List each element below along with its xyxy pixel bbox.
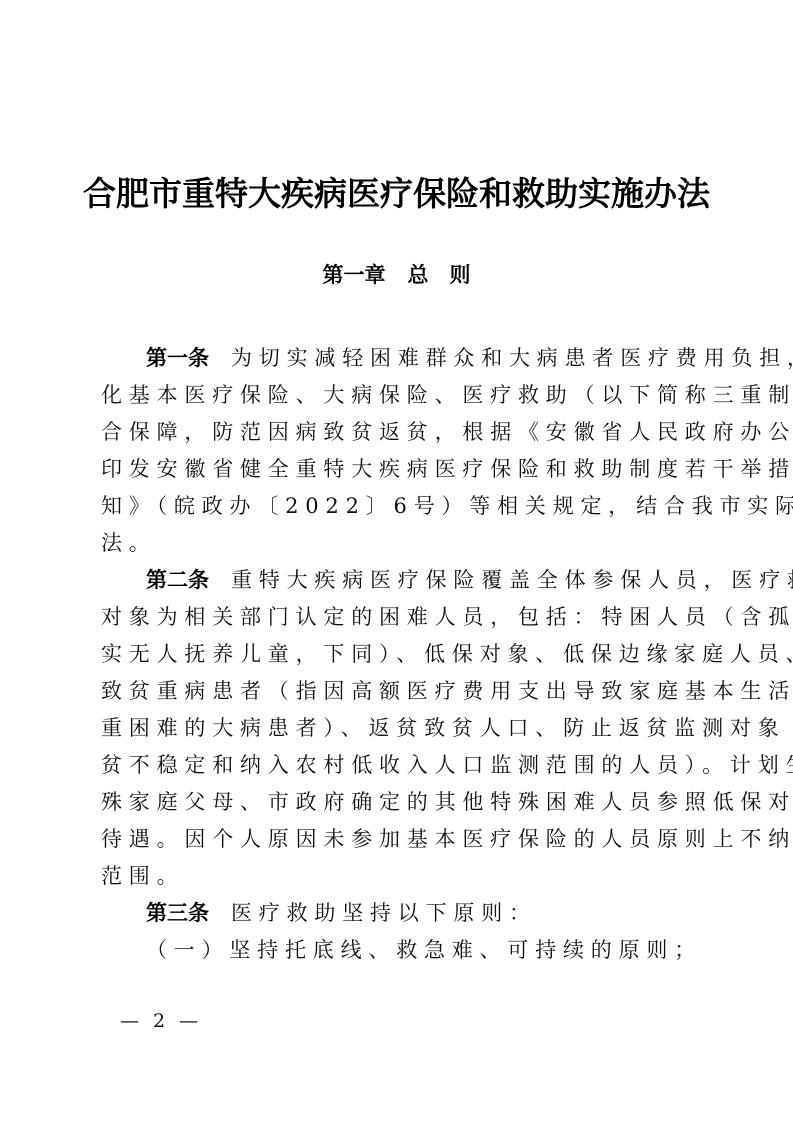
article-2-line-5: 重困难的大病患者）、返贫致贫人口、防止返贫监测对象（指脱 [101,710,696,747]
document-page: 合肥市重特大疾病医疗保险和救助实施办法 第一章总 则 第一条为切实减轻困难群众和… [0,0,793,1122]
chapter-number: 第一章 [323,263,386,287]
article-2-line-2: 对象为相关部门认定的困难人员，包括：特困人员（含孤儿和事 [101,599,696,636]
article-3-line-1: 第三条医疗救助坚持以下原则： [101,895,696,932]
article-2-line-9: 范围。 [101,858,696,895]
document-title: 合肥市重特大疾病医疗保险和救助实施办法 [0,168,793,215]
paragraph-text: 为切实减轻困难群众和大病患者医疗费用负担，强 [231,346,793,370]
chapter-heading: 第一章总 则 [0,259,793,289]
paragraph-text: 重特大疾病医疗保险覆盖全体参保人员，医疗救助 [231,568,793,592]
article-2-line-1: 第二条重特大疾病医疗保险覆盖全体参保人员，医疗救助 [101,562,696,599]
article-1-line-6: 法。 [101,525,696,562]
document-body: 第一条为切实减轻困难群众和大病患者医疗费用负担，强 化基本医疗保险、大病保险、医… [101,340,696,969]
article-3-label: 第三条 [146,901,209,925]
article-2-line-4: 致贫重病患者（指因高额医疗费用支出导致家庭基本生活出现严 [101,673,696,710]
list-item: （一）坚持托底线、救急难、可持续的原则； [101,932,696,969]
article-1-line-5: 知》（皖政办〔2022〕6号）等相关规定，结合我市实际制定本办 [101,488,696,525]
article-1-label: 第一条 [146,346,209,370]
chapter-name: 总 则 [408,263,471,287]
article-1-line-4: 印发安徽省健全重特大疾病医疗保险和救助制度若干举措的通 [101,451,696,488]
article-2-line-3: 实无人抚养儿童，下同）、低保对象、低保边缘家庭人员、因病 [101,636,696,673]
article-2-label: 第二条 [146,568,209,592]
article-1-line-2: 化基本医疗保险、大病保险、医疗救助（以下简称三重制度）综 [101,377,696,414]
article-1-line-3: 合保障，防范因病致贫返贫，根据《安徽省人民政府办公厅关于 [101,414,696,451]
article-2-line-7: 殊家庭父母、市政府确定的其他特殊困难人员参照低保对象享受 [101,784,696,821]
article-1-line-1: 第一条为切实减轻困难群众和大病患者医疗费用负担，强 [101,340,696,377]
article-2-line-8: 待遇。因个人原因未参加基本医疗保险的人员原则上不纳入救助 [101,821,696,858]
article-2-line-6: 贫不稳定和纳入农村低收入人口监测范围的人员）。计划生育特 [101,747,696,784]
page-number: — 2 — [120,1010,202,1032]
paragraph-text: 医疗救助坚持以下原则： [231,901,537,925]
